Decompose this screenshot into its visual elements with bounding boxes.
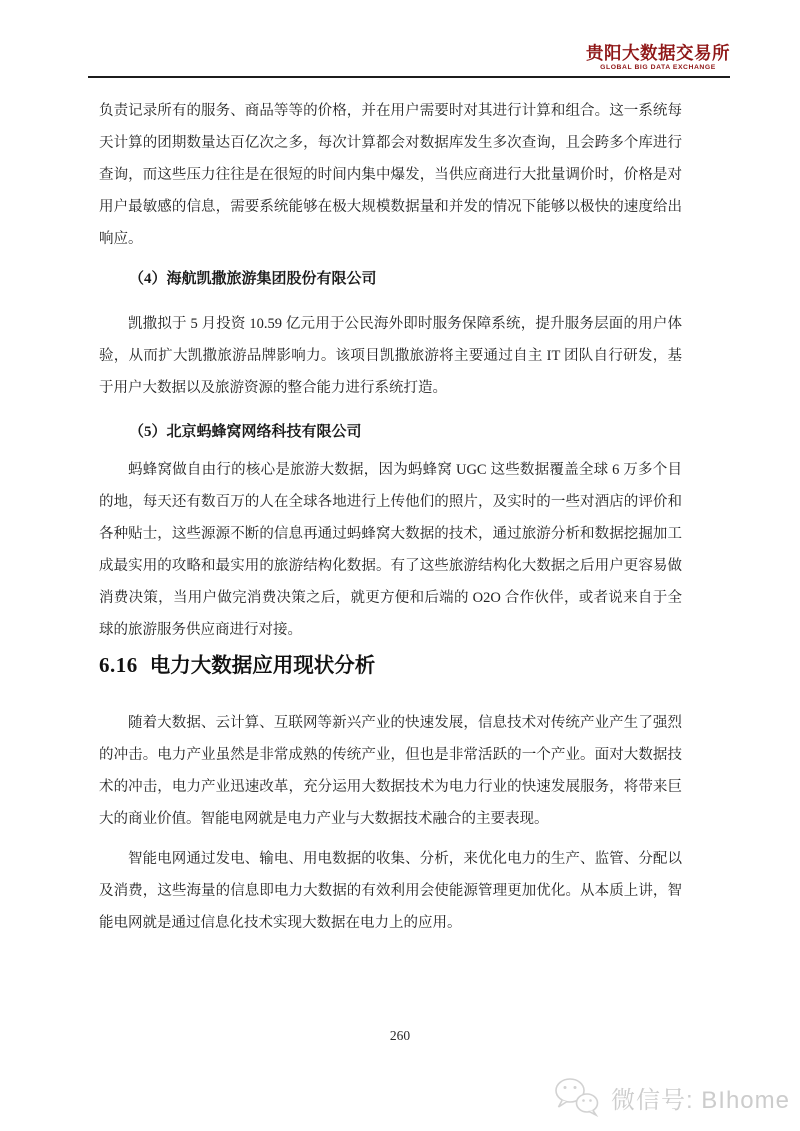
document-page: 贵阳大数据交易所 GLOBAL BIG DATA EXCHANGE 负责记录所有… <box>0 0 800 1131</box>
body-paragraph-company-5: 蚂蜂窝做自由行的核心是旅游大数据，因为蚂蜂窝 UGC 这些数据覆盖全球 6 万多… <box>99 454 682 646</box>
body-paragraph-company-4: 凯撒拟于 5 月投资 10.59 亿元用于公民海外即时服务保障系统，提升服务层面… <box>99 308 682 404</box>
logo-chinese-name: 贵阳大数据交易所 <box>586 44 730 63</box>
watermark: 微信号: BIhome <box>553 1076 790 1118</box>
logo-english-name: GLOBAL BIG DATA EXCHANGE <box>586 63 730 73</box>
page-number: 260 <box>0 1028 800 1044</box>
body-paragraph-power-2: 智能电网通过发电、输电、用电数据的收集、分析，来优化电力的生产、监管、分配以及消… <box>99 843 682 939</box>
body-paragraph-power-1: 随着大数据、云计算、互联网等新兴产业的快速发展，信息技术对传统产业产生了强烈的冲… <box>99 707 682 835</box>
watermark-text: 微信号: BIhome <box>611 1080 790 1115</box>
subsection-heading-5: （5）北京蚂蜂窝网络科技有限公司 <box>99 423 682 443</box>
gbdex-logo: 贵阳大数据交易所 GLOBAL BIG DATA EXCHANGE <box>586 44 730 73</box>
page-header: 贵阳大数据交易所 GLOBAL BIG DATA EXCHANGE <box>88 44 730 78</box>
body-paragraph-continuation: 负责记录所有的服务、商品等等的价格，并在用户需要时对其进行计算和组合。这一系统每… <box>99 95 682 255</box>
section-heading: 6.16电力大数据应用现状分析 <box>99 653 719 679</box>
wechat-icon <box>553 1076 603 1118</box>
subsection-heading-4: （4）海航凯撒旅游集团股份有限公司 <box>99 270 682 290</box>
section-title: 电力大数据应用现状分析 <box>150 655 376 677</box>
section-number: 6.16 <box>99 653 138 677</box>
